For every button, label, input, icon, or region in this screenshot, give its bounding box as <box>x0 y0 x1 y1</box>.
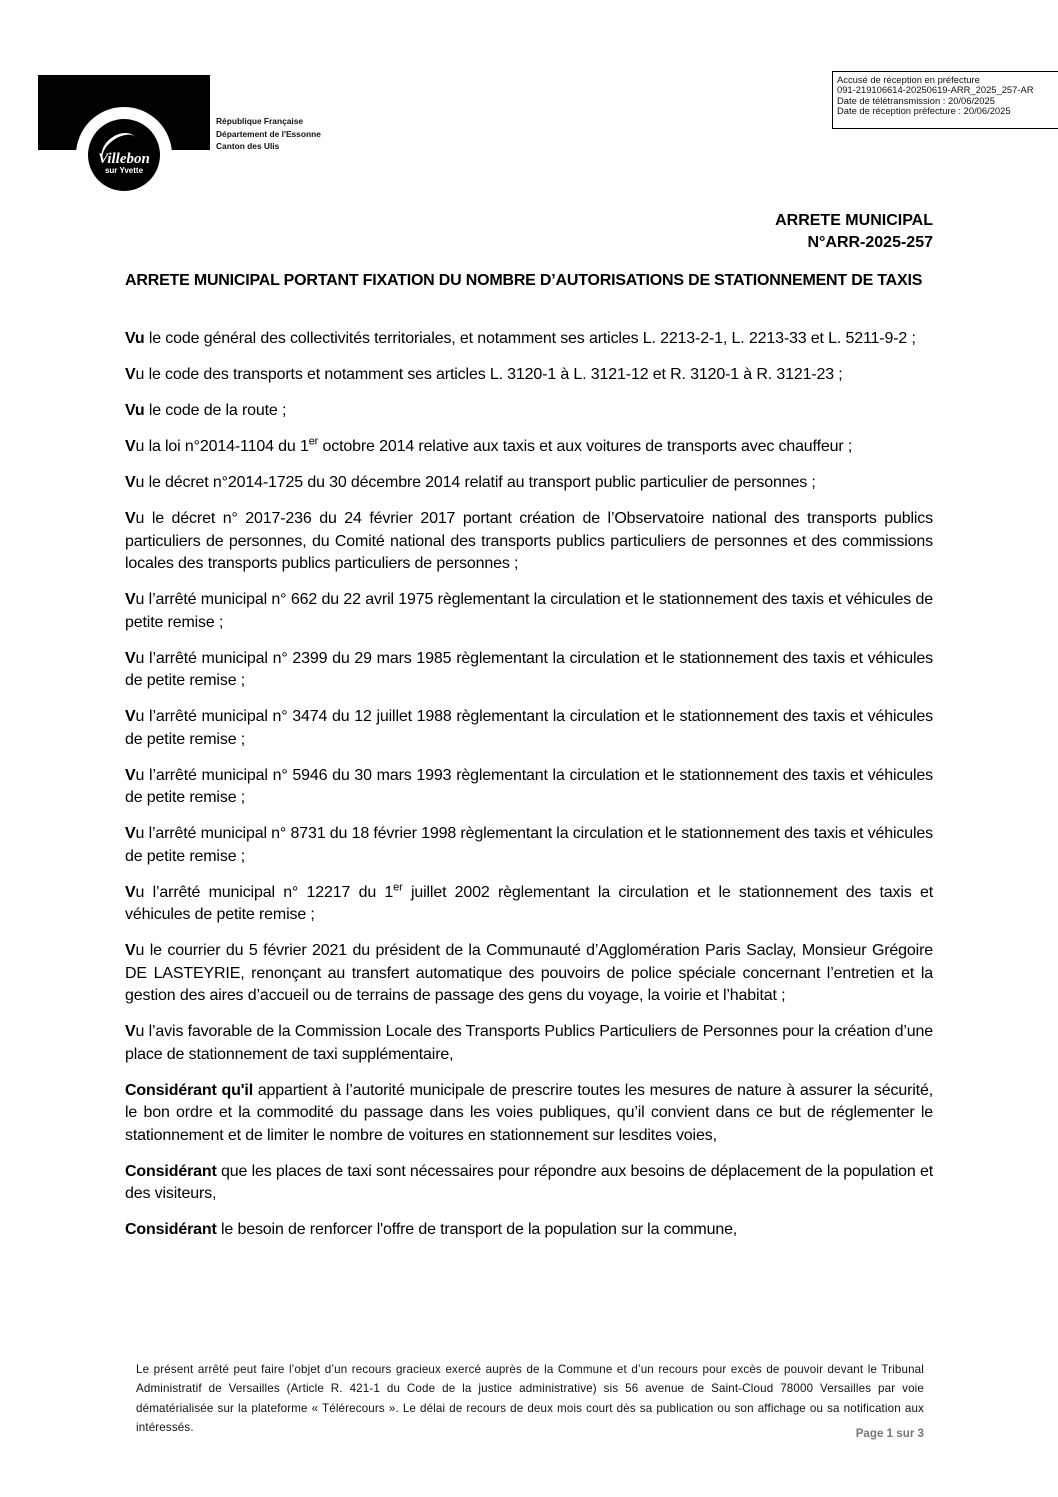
recital-lead: V <box>125 1023 136 1040</box>
recital-paragraph: Vu l’avis favorable de la Commission Loc… <box>125 1021 933 1066</box>
recital-paragraph: Vu le courrier du 5 février 2021 du prés… <box>125 940 933 1008</box>
recital-paragraph: Vu le décret n°2014-1725 du 30 décembre … <box>125 472 933 495</box>
recital-lead: Considérant <box>125 1221 217 1238</box>
ordinal-suffix: er <box>393 881 402 893</box>
decree-type: ARRETE MUNICIPAL <box>775 210 933 232</box>
recital-lead: Vu <box>125 330 145 347</box>
recital-text: u l’arrêté municipal n° 12217 du 1 <box>136 884 394 901</box>
recital-lead: V <box>125 591 136 608</box>
recital-lead: V <box>125 825 136 842</box>
recital-text: u l’avis favorable de la Commission Loca… <box>125 1023 933 1063</box>
recital-lead: V <box>125 366 136 383</box>
recital-lead: V <box>125 708 136 725</box>
recital-lead: V <box>125 767 136 784</box>
recital-text: le code général des collectivités territ… <box>145 330 916 347</box>
decree-header: ARRETE MUNICIPAL N°ARR-2025-257 <box>775 210 933 254</box>
recital-text: u l’arrêté municipal n° 662 du 22 avril … <box>125 591 933 631</box>
recital-lead: Considérant <box>125 1163 217 1180</box>
recital-paragraph: Vu l’arrêté municipal n° 2399 du 29 mars… <box>125 648 933 693</box>
recital-text: u l’arrêté municipal n° 3474 du 12 juill… <box>125 708 933 748</box>
recital-paragraph: Vu le décret n° 2017-236 du 24 février 2… <box>125 508 933 576</box>
recital-text: u le décret n° 2017-236 du 24 février 20… <box>125 510 933 572</box>
recital-text: octobre 2014 relative aux taxis et aux v… <box>318 438 852 455</box>
recital-lead: V <box>125 510 136 527</box>
recital-paragraph: Vu la loi n°2014-1104 du 1er octobre 201… <box>125 436 933 459</box>
recital-lead: Considérant qu'il <box>125 1082 253 1099</box>
page-number: Page 1 sur 3 <box>856 1427 924 1440</box>
ordinal-suffix: er <box>309 436 318 448</box>
recital-paragraph: Considérant que les places de taxi sont … <box>125 1161 933 1206</box>
document-title: ARRETE MUNICIPAL PORTANT FIXATION DU NOM… <box>125 270 933 292</box>
recital-lead: V <box>125 884 136 901</box>
recital-paragraph: Considérant qu'il appartient à l’autorit… <box>125 1080 933 1148</box>
recital-lead: V <box>125 474 136 491</box>
recital-text: u l’arrêté municipal n° 8731 du 18 févri… <box>125 825 933 865</box>
organization-block: République Française Département de l'Es… <box>216 115 321 153</box>
stamp-line: Date de réception préfecture : 20/06/202… <box>837 106 1058 116</box>
recital-paragraph: Vu l’arrêté municipal n° 12217 du 1er ju… <box>125 882 933 927</box>
recital-paragraph: Vu le code des transports et notamment s… <box>125 364 933 387</box>
recital-text: le code de la route ; <box>145 402 287 419</box>
org-line: République Française <box>216 115 321 128</box>
recital-paragraph: Vu l’arrêté municipal n° 3474 du 12 juil… <box>125 706 933 751</box>
recital-paragraph: Vu l’arrêté municipal n° 662 du 22 avril… <box>125 589 933 634</box>
prefecture-receipt-stamp: Accusé de réception en préfecture 091-21… <box>832 71 1058 129</box>
recital-text: u l’arrêté municipal n° 2399 du 29 mars … <box>125 650 933 690</box>
recital-lead: V <box>125 942 136 959</box>
recital-text: u le code des transports et notamment se… <box>136 366 843 383</box>
recital-paragraph: Considérant le besoin de renforcer l'off… <box>125 1219 933 1242</box>
document-body: Vu le code général des collectivités ter… <box>125 328 933 1255</box>
org-line: Département de l'Essonne <box>216 128 321 141</box>
recital-text: le besoin de renforcer l'offre de transp… <box>217 1221 737 1238</box>
recital-text: u l’arrêté municipal n° 5946 du 30 mars … <box>125 767 933 807</box>
recital-lead: V <box>125 438 136 455</box>
recital-paragraph: Vu le code de la route ; <box>125 400 933 423</box>
org-line: Canton des Ulis <box>216 140 321 153</box>
municipality-logo: Villebon sur Yvette <box>38 75 210 215</box>
recital-paragraph: Vu l’arrêté municipal n° 8731 du 18 févr… <box>125 823 933 868</box>
recital-lead: Vu <box>125 402 145 419</box>
recital-lead: V <box>125 650 136 667</box>
recital-paragraph: Vu le code général des collectivités ter… <box>125 328 933 351</box>
recital-paragraph: Vu l’arrêté municipal n° 5946 du 30 mars… <box>125 765 933 810</box>
recital-text: u le décret n°2014-1725 du 30 décembre 2… <box>136 474 816 491</box>
recital-text: u la loi n°2014-1104 du 1 <box>136 438 309 455</box>
recital-text: u le courrier du 5 février 2021 du prési… <box>125 942 933 1004</box>
appeal-notice: Le présent arrêté peut faire l’objet d’u… <box>136 1360 924 1437</box>
decree-number: N°ARR-2025-257 <box>775 232 933 254</box>
recital-text: que les places de taxi sont nécessaires … <box>125 1163 933 1203</box>
